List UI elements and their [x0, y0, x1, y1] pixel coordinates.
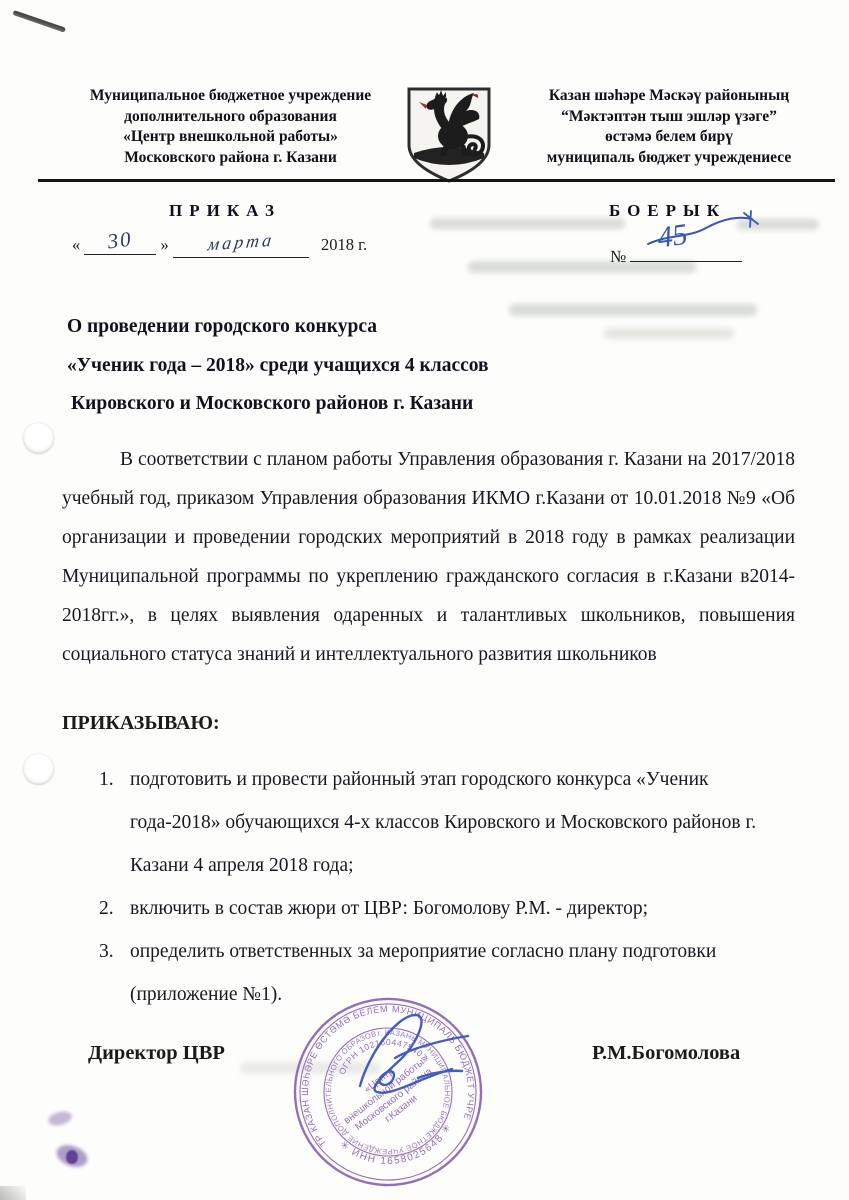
- handwritten-month: марта: [206, 230, 275, 256]
- header-divider: [38, 179, 835, 182]
- item-number: 1.: [99, 758, 114, 801]
- org-name-line: Казан шәһәре Мәскәү районының: [500, 86, 838, 107]
- signer-name: Р.М.Богомолова: [592, 1042, 740, 1065]
- order-items: 1. подготовить и провести районный этап …: [95, 758, 785, 1016]
- date-day-blank: 30: [84, 231, 156, 255]
- scanned-order-document: Муниципальное бюджетное учреждение допол…: [0, 0, 849, 1200]
- pen-mark-artifact: [12, 10, 66, 33]
- order-title-russian: ПРИКАЗ: [95, 201, 355, 221]
- item-text: подготовить и провести районный этап гор…: [130, 769, 756, 876]
- ink-smudge: [66, 1150, 78, 1164]
- subject-line: «Ученик года – 2018» среди учащихся 4 кл…: [67, 347, 489, 386]
- hole-punch-bottom: [23, 754, 54, 785]
- director-signature: [300, 998, 520, 1128]
- hole-punch-top: [23, 423, 54, 454]
- handwritten-day: 30: [106, 227, 134, 255]
- org-name-line: “Мәктәптән тыш эшләр үзәге”: [500, 107, 838, 128]
- order-item-2: 2. включить в состав жюри от ЦВР: Богомо…: [95, 887, 785, 930]
- quote-close: »: [161, 235, 169, 254]
- date-month-blank: марта: [173, 234, 309, 258]
- kazan-zilant-coat-of-arms: [404, 85, 494, 185]
- subject-line: О проведении городского конкурса: [67, 308, 489, 347]
- ink-smudge: [47, 1109, 74, 1128]
- order-title-tatar: БОЕРЫК: [560, 201, 775, 221]
- org-name-tatar: Казан шәһәре Мәскәү районының “Мәктәптән…: [500, 86, 838, 168]
- subject-line: Кировского и Московского районов г. Каза…: [67, 385, 489, 424]
- item-number: 2.: [99, 887, 114, 930]
- number-label: №: [610, 247, 626, 266]
- org-name-russian: Муниципальное бюджетное учреждение допол…: [58, 86, 403, 168]
- order-subject: О проведении городского конкурса «Ученик…: [67, 308, 489, 424]
- quote-open: «: [72, 235, 80, 254]
- org-name-line: Московского района г. Казани: [58, 148, 403, 169]
- order-preamble: В соответствии с планом работы Управлени…: [62, 440, 795, 674]
- org-name-line: дополнительного образования: [58, 107, 403, 128]
- order-date-line: « 30 » марта 2018 г.: [72, 231, 367, 258]
- org-name-line: өстәмә белем бирү: [500, 127, 838, 148]
- number-blank: [630, 238, 742, 262]
- item-number: 3.: [99, 930, 114, 973]
- org-name-line: муниципаль бюджет учреждениесе: [500, 148, 838, 169]
- bleed-through-artifact: [509, 304, 757, 316]
- date-year: 2018 г.: [321, 235, 367, 254]
- org-name-line: Муниципальное бюджетное учреждение: [58, 86, 403, 107]
- bleed-through-artifact: [604, 328, 734, 339]
- resolution-heading: ПРИКАЗЫВАЮ:: [62, 712, 220, 735]
- scan-corner-shade: [0, 1186, 26, 1200]
- order-number-line: №: [610, 238, 742, 267]
- org-name-line: «Центр внешкольной работы»: [58, 127, 403, 148]
- item-text: включить в состав жюри от ЦВР: Богомолов…: [130, 898, 648, 919]
- signer-position: Директор ЦВР: [88, 1042, 225, 1065]
- order-item-1: 1. подготовить и провести районный этап …: [95, 758, 785, 887]
